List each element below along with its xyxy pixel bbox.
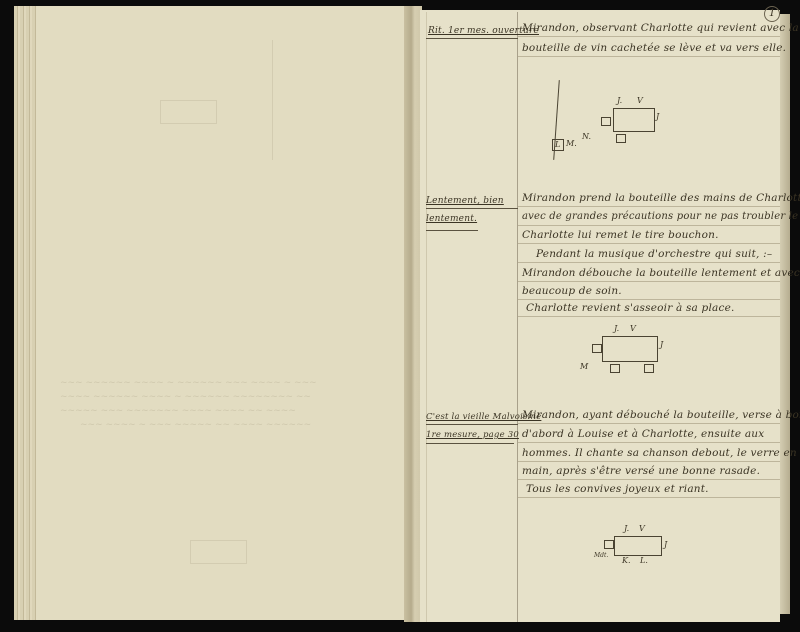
stage-box [601, 117, 611, 126]
margin-note: lentement. [426, 214, 477, 224]
bleed-through-line [272, 40, 273, 160]
bleed-through-text: ~~~~~ ~~~ ~~~~~~~ ~~~~ ~~~~ ~~ ~~~~ [60, 406, 296, 416]
text-line: Mirandon prend la bouteille des mains de… [522, 192, 800, 204]
ruled-line [518, 497, 780, 498]
bleed-through-diagram [160, 100, 217, 124]
ruled-line [518, 262, 780, 263]
text-line: main, après s'être versé une bonne rasad… [522, 465, 760, 477]
ruled-line [518, 281, 780, 282]
margin-underline [426, 230, 478, 231]
margin-underline [426, 208, 518, 209]
margin-underline [426, 424, 518, 425]
stage-box [616, 134, 626, 143]
margin-note: Lentement, bien [426, 196, 504, 206]
ruled-line [518, 56, 780, 57]
text-line: Charlotte revient s'asseoir à sa place. [526, 302, 735, 314]
left-page-edges [14, 6, 36, 620]
stage-box [610, 364, 620, 373]
table-rect [614, 536, 662, 556]
right-page-edges [780, 14, 790, 614]
margin-rule [426, 12, 427, 622]
ruled-line [518, 461, 780, 462]
text-line: hommes. Il chante sa chanson debout, le … [522, 447, 797, 459]
bleed-through-diagram [190, 540, 247, 564]
ruled-line [518, 442, 780, 443]
margin-rule [517, 12, 518, 622]
text-line: beaucoup de soin. [522, 285, 622, 297]
ruled-line [518, 206, 780, 207]
page-number: 1 [764, 6, 780, 22]
text-line: Charlotte lui remet le tire bouchon. [522, 229, 719, 241]
text-line: bouteille de vin cachetée se lève et va … [522, 42, 786, 54]
table-rect [602, 336, 658, 362]
ruled-line [518, 243, 780, 244]
margin-note: 1re mesure, page 30 [426, 430, 519, 440]
stage-box [644, 364, 654, 373]
text-line: Mirandon débouche la bouteille lentement… [522, 267, 800, 279]
ruled-line [518, 423, 780, 424]
ruled-line [518, 299, 780, 300]
text-line: Pendant la musique d'orchestre qui suit,… [536, 248, 772, 260]
text-line: avec de grandes précautions pour ne pas … [522, 211, 800, 222]
bleed-through-text: ~~~ ~~~~ ~ ~~~ ~~~~~ ~~ ~~~~ ~~~~~~ [80, 420, 311, 430]
left-page [14, 6, 409, 620]
table-rect [613, 108, 655, 132]
stage-box [592, 344, 602, 353]
bleed-through-text: ~~~~ ~~~~~~ ~~~~ ~ ~~~~~~ ~~~~~~~~ ~~ [60, 392, 311, 402]
ruled-line [518, 225, 780, 226]
bleed-through-text: ~~~ ~~~~~~ ~~~~ ~ ~~~~~~ ~~~ ~~~~ ~ ~~~ [60, 378, 317, 388]
ruled-line [518, 479, 780, 480]
text-line: d'abord à Louise et à Charlotte, ensuite… [522, 428, 764, 440]
stage-box [604, 540, 614, 549]
text-line: Mirandon, ayant débouché la bouteille, v… [522, 409, 800, 421]
open-manuscript-book: ~~~ ~~~~~~ ~~~~ ~ ~~~~~~ ~~~ ~~~~ ~ ~~~ … [0, 0, 800, 632]
text-line: Mirandon, observant Charlotte qui revien… [522, 22, 799, 34]
ruled-line [518, 36, 780, 37]
text-line: Tous les convives joyeux et riant. [526, 483, 709, 495]
margin-underline [426, 38, 518, 39]
ruled-line [518, 316, 780, 317]
margin-underline [426, 443, 514, 444]
